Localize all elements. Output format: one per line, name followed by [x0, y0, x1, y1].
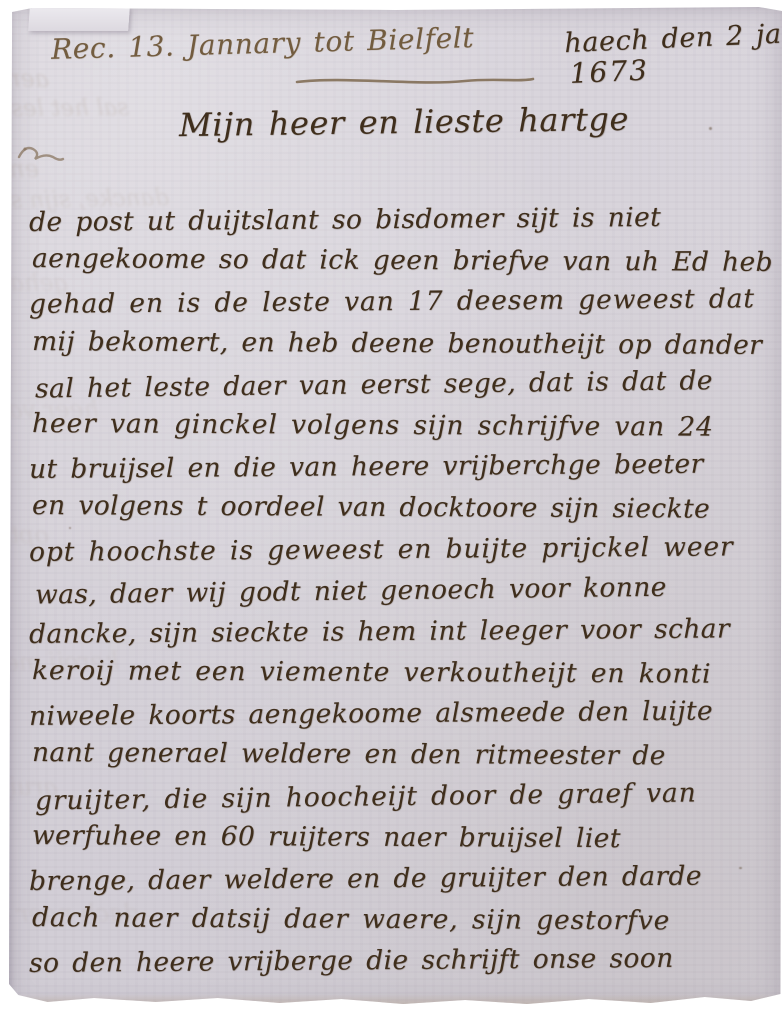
body-line: opt hoochste is geweest en buijte prijck… [29, 526, 777, 573]
underline-flourish-icon [295, 73, 535, 89]
body-line: aengekoome so dat ick geen briefve van u… [32, 238, 780, 283]
letter-body: de post ut duijtslant so bisdomer sijt i… [29, 199, 777, 982]
place-date-block: haech den 2 jan 1673 [564, 18, 782, 92]
paper-speck [709, 127, 712, 130]
body-line: brenge, daer weldere en de gruijter den … [29, 855, 777, 902]
body-line: werfuhee en 60 ruijters naer bruijsel li… [32, 815, 780, 860]
torn-bottom-edge [9, 994, 782, 1008]
body-line: gruijter, die sijn hoocheijt door de gra… [35, 771, 782, 821]
ghost-bleed-line: aengekoome so dat ick geen briefve van u… [9, 54, 49, 93]
body-line: niweele koorts aengekoome alsmeede den l… [29, 690, 777, 737]
body-line: mij bekomert, en heb deene benoutheijt o… [32, 321, 780, 366]
letter-sheet: aengekoome so dat ick geen briefve van u… [9, 7, 782, 1008]
body-line: was, daer wij godt niet genoech voor kon… [35, 565, 782, 615]
paper-speck [69, 527, 71, 529]
body-line: so den heere vrijberge die schrijft onse… [29, 937, 777, 984]
body-line: nant generael weldere en den ritmeester … [32, 732, 780, 777]
ghost-bleed-line: sal het leste daer van eerst sege, dat i… [9, 95, 129, 126]
ink-blot [15, 135, 67, 169]
scanned-letter-page: aengekoome so dat ick geen briefve van u… [0, 0, 782, 1024]
body-line: heer van ginckel volgens sijn schrijfve … [32, 403, 780, 448]
body-line: dancke, sijn sieckte is hem int leeger v… [29, 608, 777, 655]
body-line: keroij met een viemente verkoutheijt en … [32, 650, 780, 695]
body-line: ut bruijsel en die van heere vrijberchge… [29, 443, 777, 490]
body-line: gehad en is de leste van 17 deesem gewee… [29, 278, 777, 325]
body-line: dach naer datsij daer waere, sijn gestor… [32, 897, 780, 942]
salutation: Mijn heer en lieste hartge [179, 100, 630, 144]
body-line: en volgens t oordeel van docktoore sijn … [32, 485, 780, 530]
paper-speck [739, 867, 742, 869]
body-line: de post ut duijtslant so bisdomer sijt i… [29, 196, 777, 243]
body-line: sal het leste daer van eerst sege, dat i… [35, 359, 782, 409]
paper-edge-tab [28, 7, 130, 31]
